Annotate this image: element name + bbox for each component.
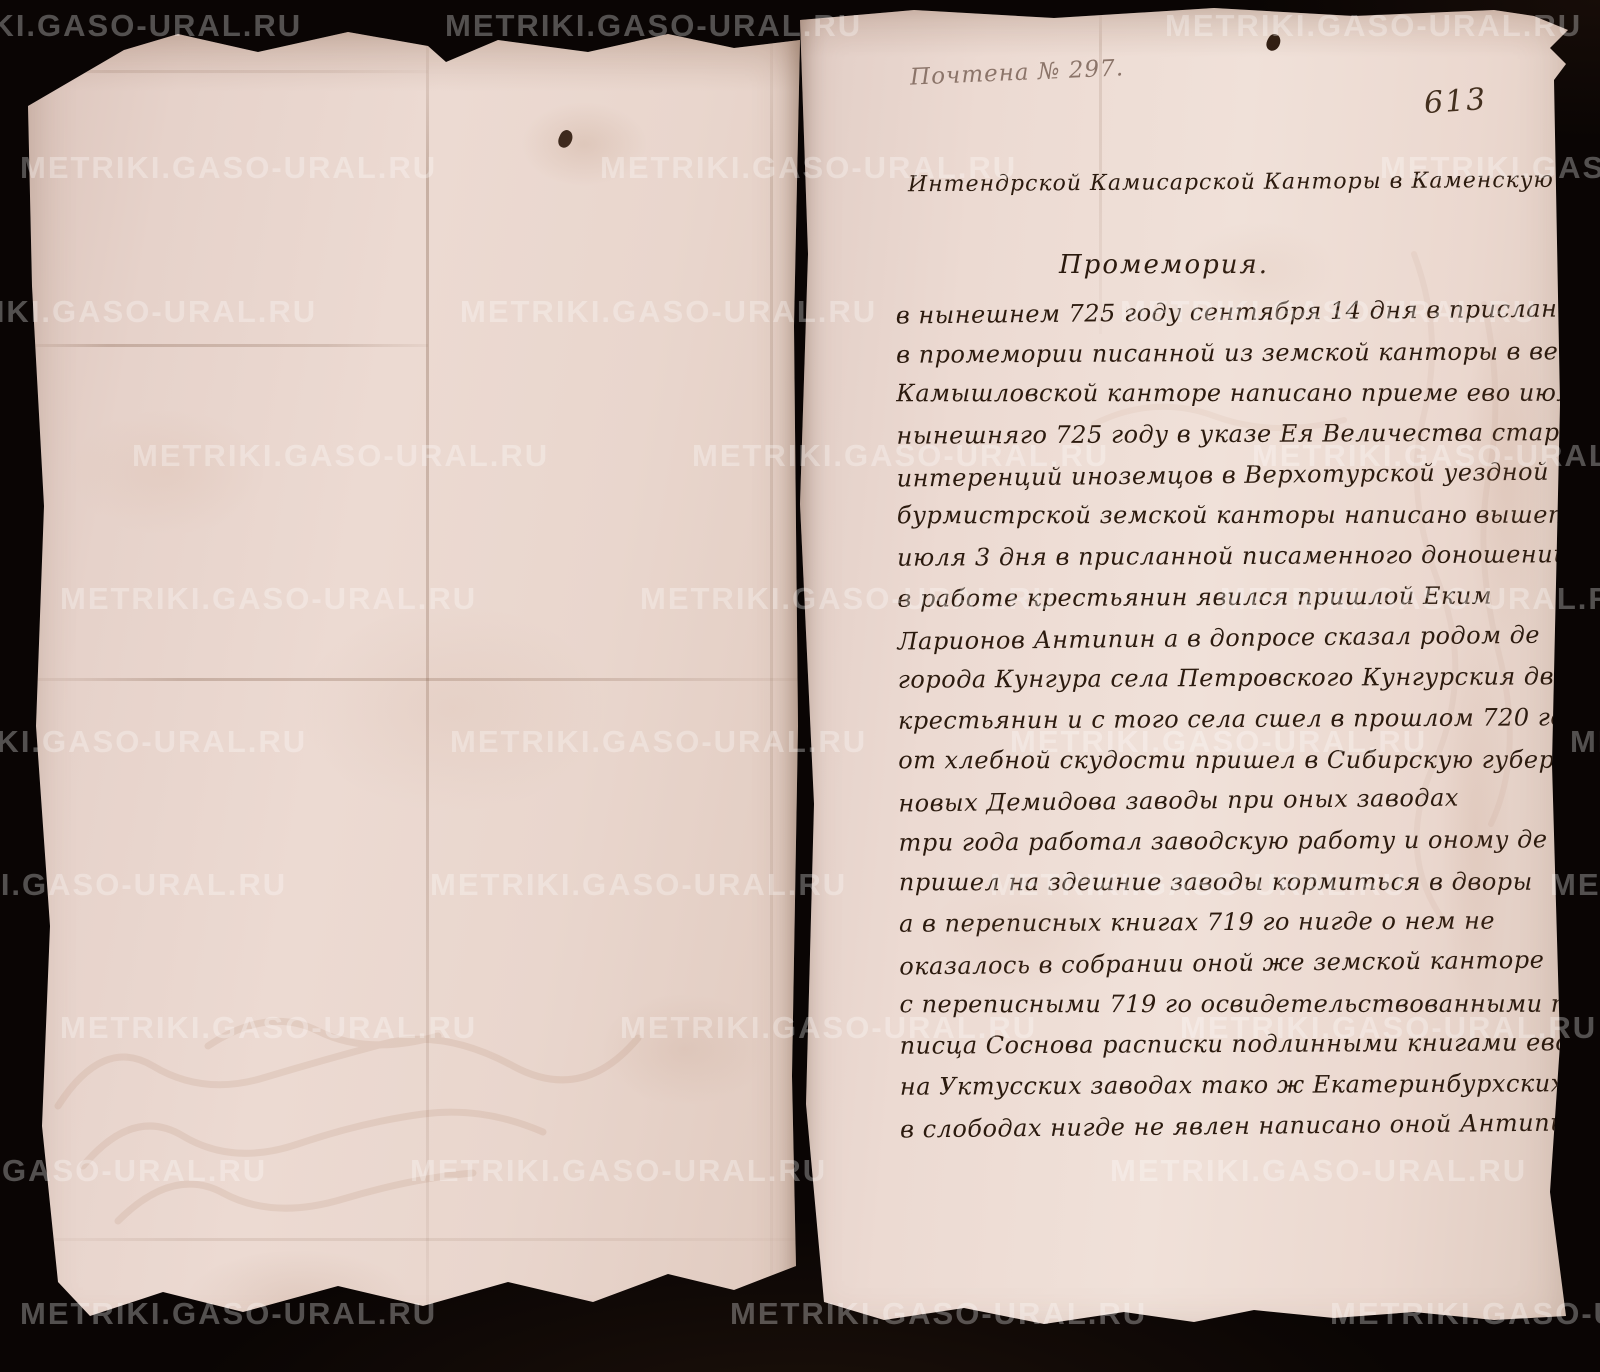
manuscript-line: нынешняго 725 году в указе Ея Величества… bbox=[896, 418, 1562, 462]
fold-crease-horizontal bbox=[28, 678, 800, 681]
document-heading: Интендрской Камисарской Канторы в Каменс… bbox=[908, 166, 1558, 201]
manuscript-line: в промемории писанной из земской канторы… bbox=[896, 337, 1562, 381]
archival-pencil-note: Почтена № 297. bbox=[910, 55, 1125, 90]
manuscript-line: а в переписных книгах 719 го нигде о нем… bbox=[899, 907, 1565, 951]
watermark-text: METRIKI.GASO-URAL.RU bbox=[1570, 724, 1600, 760]
document-title: Промемория. bbox=[964, 250, 1364, 280]
watermark-text: METRIKI.GASO-URAL.RU bbox=[0, 8, 302, 44]
manuscript-line: бурмистрской земской канторы написано вы… bbox=[897, 501, 1563, 542]
manuscript-line: Ларионов Антипин а в допросе сказал родо… bbox=[897, 620, 1563, 668]
archival-document-scan: Почтена № 297. 613 Интендрской Камисарск… bbox=[0, 0, 1600, 1372]
manuscript-line: крестьянин и с того села сшел в прошлом … bbox=[898, 703, 1564, 747]
manuscript-line: новых Демидова заводы при оных заводах bbox=[898, 783, 1564, 831]
fold-crease-horizontal bbox=[28, 1238, 800, 1241]
showthrough-writing bbox=[28, 26, 800, 1338]
left-blank-page bbox=[28, 26, 800, 1338]
fold-crease-horizontal bbox=[28, 344, 428, 347]
manuscript-line: города Кунгура села Петровского Кунгурск… bbox=[898, 662, 1564, 706]
fold-crease-vertical bbox=[426, 26, 429, 1338]
manuscript-line: с переписными 719 го освидетельствованны… bbox=[899, 989, 1565, 1030]
manuscript-line: три года работал заводскую работу и оном… bbox=[899, 825, 1565, 869]
manuscript-line: от хлебной скудости пришел в Сибирскую г… bbox=[898, 745, 1564, 786]
manuscript-line: июля 3 дня в присланной писаменного доно… bbox=[897, 540, 1563, 584]
manuscript-line: в слободах нигде не явлен написано оной … bbox=[900, 1108, 1566, 1156]
manuscript-line: в работе крестьянин явился пришлой Еким bbox=[897, 581, 1563, 625]
manuscript-body: в нынешнем 725 году сентября 14 дня в пр… bbox=[896, 296, 1566, 1154]
manuscript-line: писца Соснова расписки подлинными книгам… bbox=[900, 1029, 1566, 1073]
fold-crease-vertical bbox=[770, 26, 773, 1338]
manuscript-page: Почтена № 297. 613 Интендрской Камисарск… bbox=[794, 4, 1568, 1336]
ink-blot bbox=[1264, 32, 1283, 53]
manuscript-line: оказалось в собрании оной же земской кан… bbox=[899, 946, 1565, 994]
watermark-text: METRIKI.GASO-URAL.RU bbox=[1550, 867, 1600, 903]
manuscript-line: пришел на здешние заводы кормиться в дво… bbox=[899, 867, 1565, 908]
manuscript-line: в нынешнем 725 году сентября 14 дня в пр… bbox=[896, 295, 1562, 343]
folio-number: 613 bbox=[1423, 82, 1489, 121]
ink-fleck bbox=[556, 128, 575, 150]
fold-crease-horizontal bbox=[28, 70, 428, 73]
manuscript-line: на Уктусских заводах тако ж Екатеринбурх… bbox=[900, 1069, 1566, 1113]
manuscript-line: интеренций иноземцов в Верхотурской уезд… bbox=[897, 457, 1563, 505]
manuscript-line: Камышловской канторе написано приеме ево… bbox=[896, 379, 1562, 420]
